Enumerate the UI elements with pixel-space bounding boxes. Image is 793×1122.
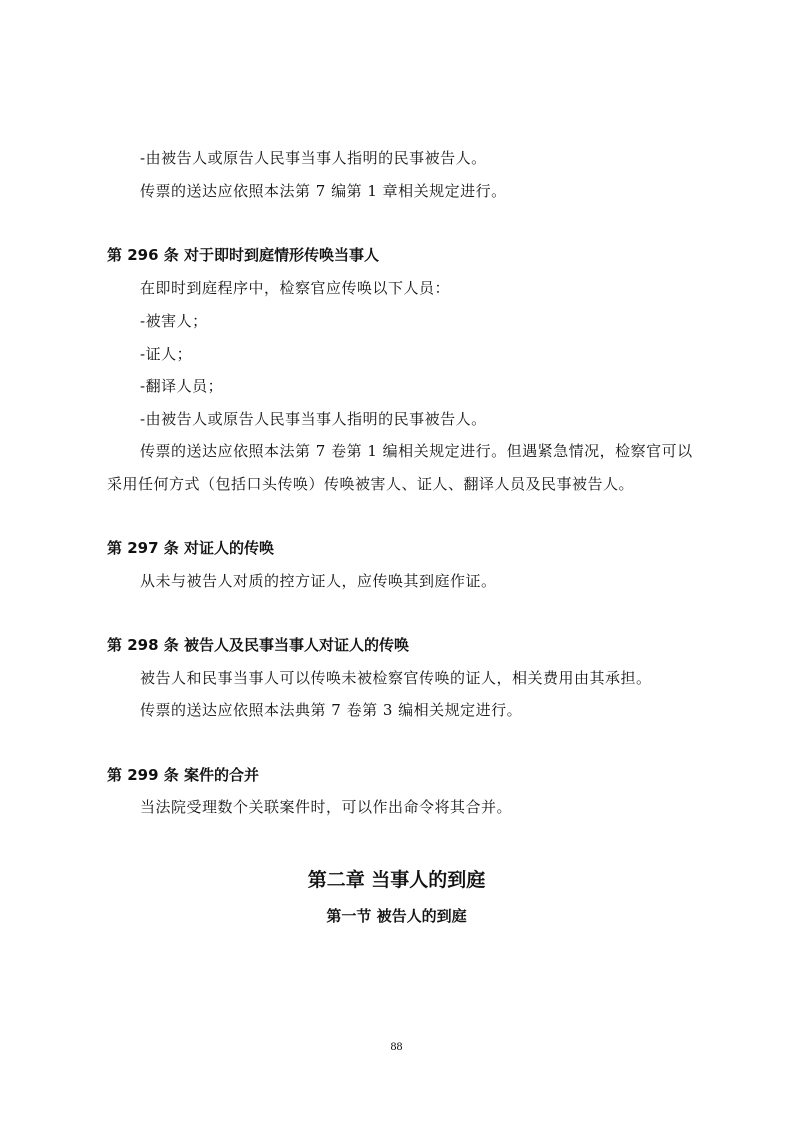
list-item: -翻译人员； [140, 376, 223, 396]
list-item: -被害人； [140, 311, 208, 331]
paragraph-line: 传票的送达应依照本法第 7 卷第 1 编相关规定进行。但遇紧急情况，检察官可以 [140, 441, 693, 461]
article-heading-297: 第 297 条 对证人的传唤 [107, 538, 274, 558]
section-title: 第一节 被告人的到庭 [0, 906, 793, 926]
paragraph-line: 从未与被告人对质的控方证人，应传唤其到庭作证。 [140, 571, 497, 591]
paragraph-line: 当法院受理数个关联案件时，可以作出命令将其合并。 [140, 797, 512, 817]
list-item: -证人； [140, 344, 192, 364]
paragraph-line: 在即时到庭程序中，检察官应传唤以下人员： [140, 278, 450, 298]
article-heading-299: 第 299 条 案件的合并 [107, 765, 259, 785]
paragraph-line: 传票的送达应依照本法第 7 编第 1 章相关规定进行。 [140, 181, 507, 201]
article-heading-296: 第 296 条 对于即时到庭情形传唤当事人 [107, 245, 379, 265]
list-item: -由被告人或原告人民事当事人指明的民事被告人。 [140, 409, 487, 429]
article-heading-298: 第 298 条 被告人及民事当事人对证人的传唤 [107, 635, 409, 655]
page-number: 88 [0, 1039, 793, 1053]
paragraph-line: 被告人和民事当事人可以传唤未被检察官传唤的证人，相关费用由其承担。 [140, 668, 652, 688]
paragraph-line: 传票的送达应依照本法典第 7 卷第 3 编相关规定进行。 [140, 700, 522, 720]
paragraph-line: -由被告人或原告人民事当事人指明的民事被告人。 [140, 148, 487, 168]
chapter-title: 第二章 当事人的到庭 [0, 868, 793, 892]
paragraph-line: 采用任何方式（包括口头传唤）传唤被害人、证人、翻译人员及民事被告人。 [107, 474, 634, 494]
